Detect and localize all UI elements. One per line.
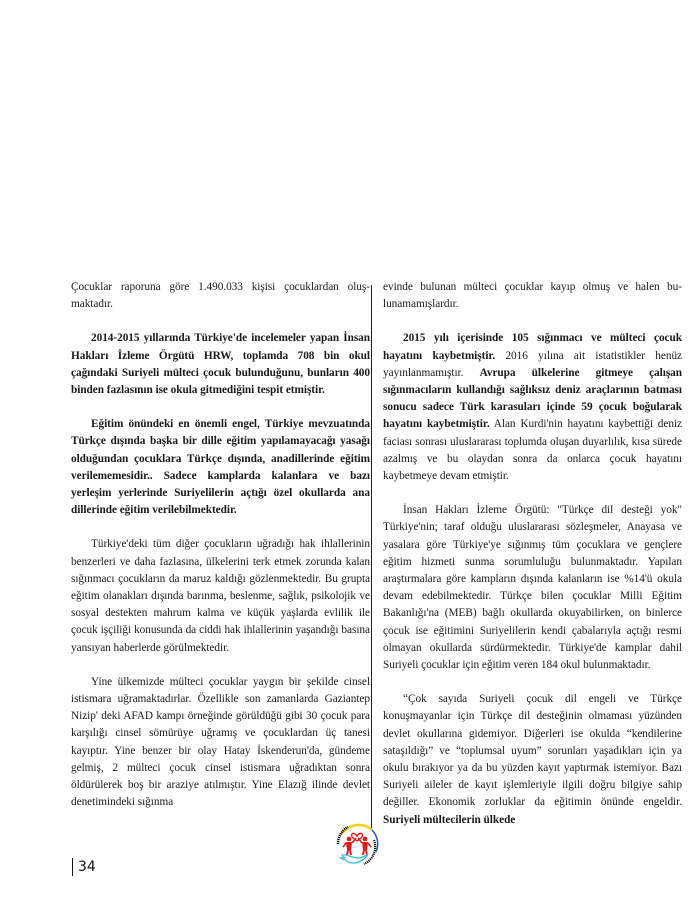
paragraph: 2015 yılı içerisinde 105 sığınmacı ve mü… — [383, 330, 682, 485]
paragraph: Eğitim önündeki en önemli engel, Türkiye… — [71, 416, 370, 519]
paragraph: İnsan Hakları İzleme Örgütü: "Türkçe dil… — [383, 502, 682, 674]
text-segment: Türkiye'deki tüm diğer çocukların uğradı… — [71, 538, 370, 653]
paragraph: 2014-2015 yıllarında Türkiye'de inceleme… — [71, 330, 370, 399]
text-segment: “Çok sayıda Suriyeli çocuk dil engeli ve… — [383, 693, 682, 808]
column-divider — [371, 285, 372, 830]
paragraph: Yine ülkemizde mülteci çocuklar yaygın b… — [71, 674, 370, 812]
bold-text-segment: Eğitim önündeki en önemli engel, Türkiye… — [71, 418, 370, 516]
left-column: Çocuklar raporuna göre 1.490.033 kişisi … — [71, 279, 370, 828]
text-segment: Yine ülkemizde mülteci çocuklar yaygın b… — [71, 676, 370, 808]
bold-text-segment: 2014-2015 yıllarında Türkiye'de inceleme… — [71, 332, 370, 396]
text-segment: Çocuklar raporuna göre 1.490.033 kişisi … — [71, 281, 370, 310]
text-segment: evinde bulunan mülteci çocuklar kayıp ol… — [383, 281, 682, 310]
paragraph: “Çok sayıda Suriyeli çocuk dil engeli ve… — [383, 691, 682, 829]
paragraph: Türkiye'deki tüm diğer çocukların uğradı… — [71, 536, 370, 656]
text-segment: İnsan Hakları İzleme Örgütü: "Türkçe dil… — [383, 504, 682, 671]
bold-text-segment: Suriyeli mültecilerin ülkede — [383, 814, 515, 826]
paragraph: Çocuklar raporuna göre 1.490.033 kişisi … — [71, 279, 370, 313]
document-page: Çocuklar raporuna göre 1.490.033 kişisi … — [0, 0, 700, 917]
paragraph: evinde bulunan mülteci çocuklar kayıp ol… — [383, 279, 682, 313]
children-heart-dove-logo-icon — [334, 822, 380, 868]
right-column: evinde bulunan mülteci çocuklar kayıp ol… — [383, 279, 682, 846]
page-number: 34 — [72, 858, 96, 876]
